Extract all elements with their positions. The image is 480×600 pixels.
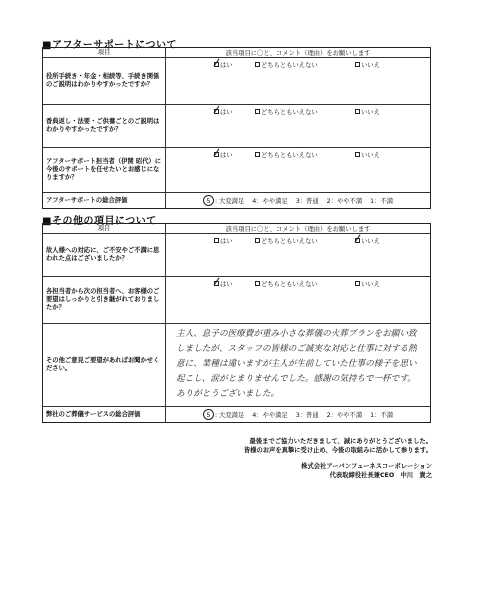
checkbox-checked-icon[interactable] (214, 152, 219, 157)
option-yes[interactable]: はい (214, 150, 255, 159)
other-items-table: 項目 該当項目に〇と、コメント（理由）をお願いします 故人様への対応に、ご不安や… (42, 223, 431, 423)
header-item: 項目 (43, 224, 166, 233)
question: 香典返し・法要・ご供養ごとのご説明はわかりやすかったですか？ (43, 105, 166, 147)
checkbox-icon[interactable] (255, 281, 260, 286)
table-header: 項目 該当項目に〇と、コメント（理由）をお願いします (43, 224, 430, 233)
answer-options: はい どちらともいえない いいえ (214, 107, 380, 116)
after-support-table: 項目 該当項目に〇と、コメント（理由）をお願いします 役所手続き・年金・相続等、… (42, 47, 431, 209)
option-yes[interactable]: はい (214, 60, 255, 69)
header-item: 項目 (43, 48, 166, 57)
checkbox-checked-icon[interactable] (214, 109, 219, 114)
rating-option-5[interactable]: : 大変満足 (215, 196, 244, 205)
rating-label: アフターサポートの総合評価 (43, 193, 166, 208)
table-row: 役所手続き・年金・相続等、手続き関係のご説明はわかりやすかったですか？ はい ど… (43, 57, 430, 104)
question: 役所手続き・年金・相続等、手続き関係のご説明はわかりやすかったですか？ (43, 58, 166, 104)
option-no[interactable]: いいえ (355, 279, 380, 288)
rating-scale: 5 : 大変満足 4：やや満足 3：普通 2：やや不満 1：不満 (166, 193, 430, 208)
answer-options: はい どちらともいえない いいえ (214, 279, 380, 288)
option-neutral[interactable]: どちらともいえない (255, 279, 355, 288)
rating-option-1[interactable]: 1：不満 (370, 410, 393, 419)
answer-options: はい どちらともいえない いいえ (214, 150, 380, 159)
signer-name: 代表取締役社長兼CEO 中川 貴之 (301, 471, 432, 480)
option-neutral[interactable]: どちらともいえない (255, 60, 355, 69)
rating-option-3[interactable]: 3：普通 (296, 410, 319, 419)
checkbox-checked-icon[interactable] (214, 62, 219, 67)
table-row: 香典返し・法要・ご供養ごとのご説明はわかりやすかったですか？ はい どちらともい… (43, 104, 430, 147)
rating-option-2[interactable]: 2：やや不満 (327, 410, 363, 419)
rating-label: 弊社のご葬儀サービスの総合評価 (43, 407, 166, 422)
company-name: 株式会社アーバンフューネスコーポレーション (301, 462, 432, 471)
comment-row: その他ご意見ご要望があればお聞かせください。 主人、息子の医療費が重み小さな葬儀… (43, 323, 430, 406)
question: 故人様への対応に、ご不安やご不満に思われた点はございましたか？ (43, 234, 166, 276)
header-answer: 該当項目に〇と、コメント（理由）をお願いします (166, 48, 430, 57)
checkbox-icon[interactable] (214, 238, 219, 243)
header-answer: 該当項目に〇と、コメント（理由）をお願いします (166, 224, 430, 233)
thanks-line-2: 皆様のお声を真摯に受け止め、今後の取組みに活かして参ります。 (244, 446, 432, 455)
option-no[interactable]: いいえ (355, 107, 380, 116)
answer-options: はい どちらともいえない いいえ (214, 236, 380, 245)
rating-option-5[interactable]: : 大変満足 (215, 410, 244, 419)
question: 各担当者から次の担当者へ、お客様のご要望はしっかりと引き継がれておりましたか？ (43, 277, 166, 323)
rating-option-1[interactable]: 1：不満 (370, 196, 393, 205)
table-row: 故人様への対応に、ご不安やご不満に思われた点はございましたか？ はい どちらとも… (43, 233, 430, 276)
comment-question: その他ご意見ご要望があればお聞かせください。 (43, 324, 166, 406)
option-no[interactable]: いいえ (355, 60, 380, 69)
checkbox-icon[interactable] (255, 109, 260, 114)
thanks-line-1: 最後までご協力いただきまして、誠にありがとうございました。 (244, 437, 432, 446)
answer-options: はい どちらともいえない いいえ (214, 60, 380, 69)
question: アフターサポート担当者（伊関 昭代）に今後のサポートを任せたいとお感じになります… (43, 148, 166, 192)
option-neutral[interactable]: どちらともいえない (255, 107, 355, 116)
rating-option-3[interactable]: 3：普通 (296, 196, 319, 205)
rating-selected-5[interactable]: 5 (203, 409, 214, 420)
checkbox-icon[interactable] (355, 62, 360, 67)
rating-selected-5[interactable]: 5 (203, 195, 214, 206)
rating-row: 弊社のご葬儀サービスの総合評価 5 : 大変満足 4：やや満足 3：普通 2：や… (43, 406, 430, 422)
signature: 株式会社アーバンフューネスコーポレーション 代表取締役社長兼CEO 中川 貴之 (301, 462, 432, 480)
checkbox-icon[interactable] (255, 152, 260, 157)
thanks-message: 最後までご協力いただきまして、誠にありがとうございました。 皆様のお声を真摯に受… (244, 437, 432, 455)
checkbox-icon[interactable] (355, 152, 360, 157)
checkbox-icon[interactable] (355, 281, 360, 286)
checkbox-icon[interactable] (355, 109, 360, 114)
table-header: 項目 該当項目に〇と、コメント（理由）をお願いします (43, 48, 430, 57)
rating-option-4[interactable]: 4：やや満足 (252, 410, 288, 419)
checkbox-icon[interactable] (255, 238, 260, 243)
option-yes[interactable]: はい (214, 236, 255, 245)
option-neutral[interactable]: どちらともいえない (255, 236, 355, 245)
table-row: 各担当者から次の担当者へ、お客様のご要望はしっかりと引き継がれておりましたか？ … (43, 276, 430, 323)
option-neutral[interactable]: どちらともいえない (255, 150, 355, 159)
checkbox-icon[interactable] (255, 62, 260, 67)
option-no[interactable]: いいえ (355, 236, 380, 245)
checkbox-checked-icon[interactable] (355, 238, 360, 243)
rating-option-4[interactable]: 4：やや満足 (252, 196, 288, 205)
rating-row: アフターサポートの総合評価 5 : 大変満足 4：やや満足 3：普通 2：やや不… (43, 192, 430, 208)
option-yes[interactable]: はい (214, 107, 255, 116)
rating-scale: 5 : 大変満足 4：やや満足 3：普通 2：やや不満 1：不満 (166, 407, 430, 422)
option-yes[interactable]: はい (214, 279, 255, 288)
rating-option-2[interactable]: 2：やや不満 (327, 196, 363, 205)
checkbox-checked-icon[interactable] (214, 281, 219, 286)
handwritten-comment[interactable]: 主人、息子の医療費が重み小さな葬儀の火葬プランをお願い致しましたが、スタッフの皆… (176, 327, 422, 402)
option-no[interactable]: いいえ (355, 150, 380, 159)
table-row: アフターサポート担当者（伊関 昭代）に今後のサポートを任せたいとお感じになります… (43, 147, 430, 192)
